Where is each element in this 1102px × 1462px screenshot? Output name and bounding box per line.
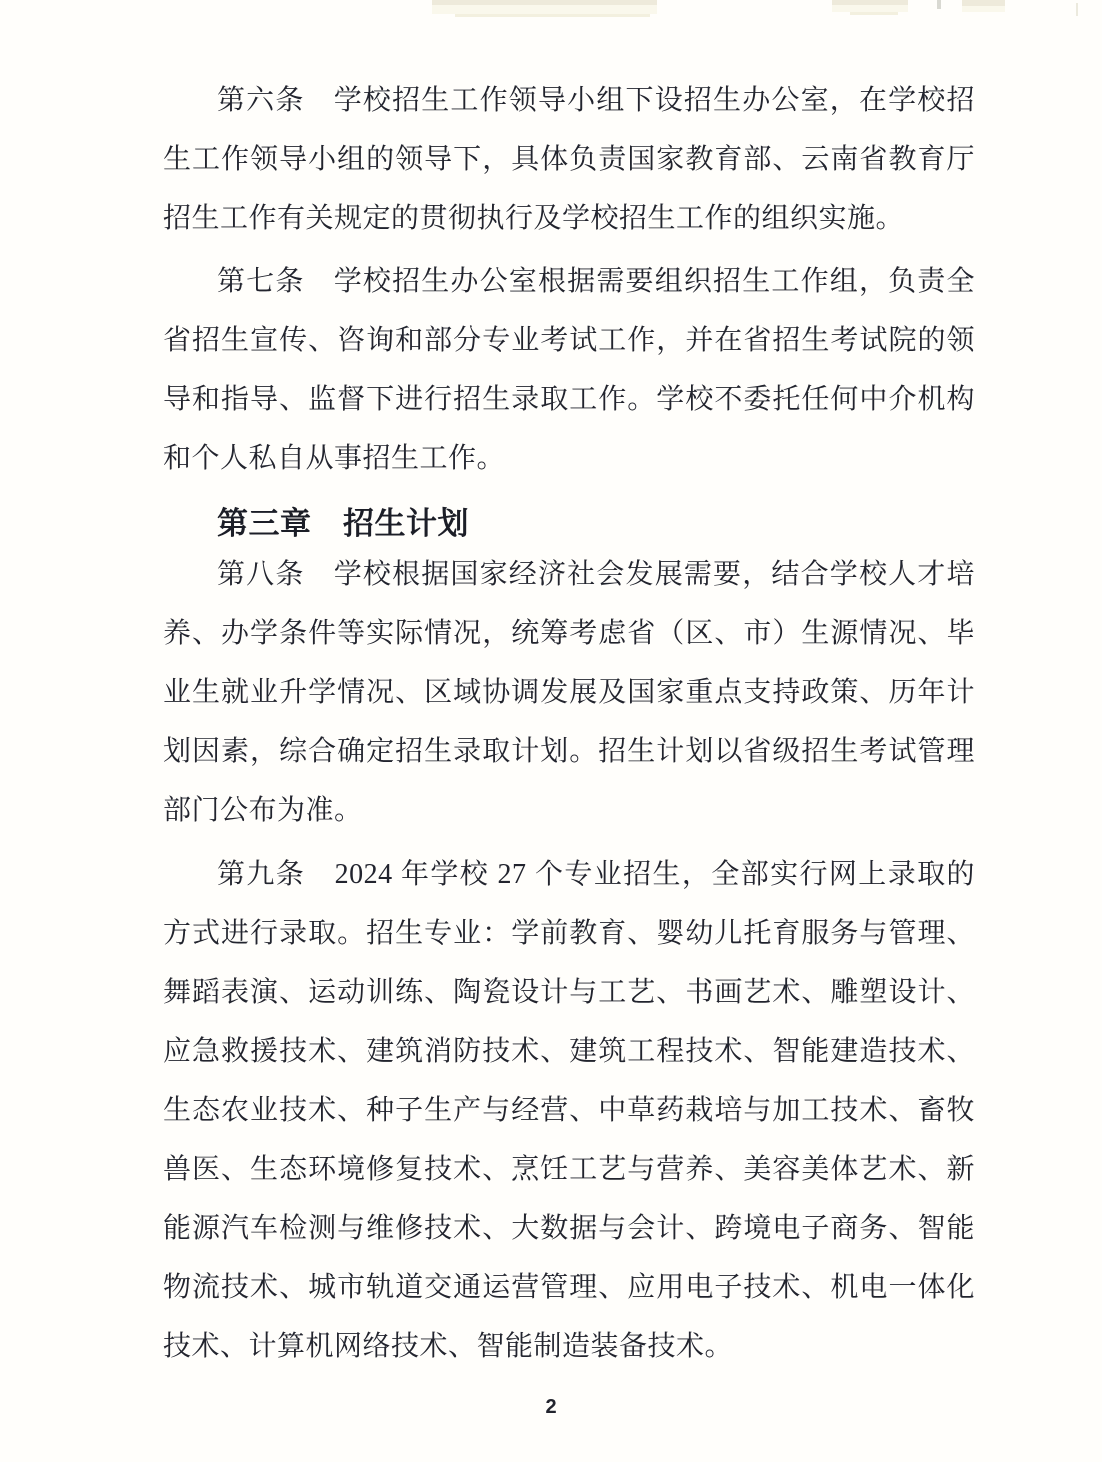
scan-artifact-toolbar-ghost: [962, 0, 1005, 6]
scan-artifact-toolbar-ghost: [832, 0, 908, 5]
text-line: 招生工作有关规定的贯彻执行及学校招生工作的组织实施。: [163, 189, 975, 248]
scan-artifact-line: [1076, 3, 1078, 16]
text-line: 生工作领导小组的领导下，具体负责国家教育部、云南省教育厅: [163, 130, 975, 189]
text-line: 和个人私自从事招生工作。: [163, 429, 975, 488]
text-line: 第七条 学校招生办公室根据需要组织招生工作组，负责全: [163, 252, 975, 311]
text-line: 物流技术、城市轨道交通运营管理、应用电子技术、机电一体化: [163, 1258, 975, 1317]
scan-artifact-toolbar-ghost: [832, 5, 908, 12]
text-line: 划因素，综合确定招生录取计划。招生计划以省级招生考试管理: [163, 722, 975, 781]
paragraph: 第七条 学校招生办公室根据需要组织招生工作组，负责全省招生宣传、咨询和部分专业考…: [163, 252, 975, 488]
text-line: 部门公布为准。: [163, 781, 975, 840]
text-line: 技术、计算机网络技术、智能制造装备技术。: [163, 1317, 975, 1376]
document-page: 第六条 学校招生工作领导小组下设招生办公室，在学校招生工作领导小组的领导下，具体…: [0, 0, 1102, 1462]
scan-artifact-toolbar-ghost: [455, 14, 650, 17]
text-line: 生态农业技术、种子生产与经营、中草药栽培与加工技术、畜牧: [163, 1081, 975, 1140]
paragraph: 第九条 2024 年学校 27 个专业招生，全部实行网上录取的方式进行录取。招生…: [163, 845, 975, 1376]
text-line: 第九条 2024 年学校 27 个专业招生，全部实行网上录取的: [163, 845, 975, 904]
text-line: 导和指导、监督下进行招生录取工作。学校不委托任何中介机构: [163, 370, 975, 429]
page-number: 2: [0, 1396, 1102, 1419]
text-line: 第八条 学校根据国家经济社会发展需要，结合学校人才培: [163, 545, 975, 604]
document-body: 第六条 学校招生工作领导小组下设招生办公室，在学校招生工作领导小组的领导下，具体…: [163, 71, 975, 1376]
paragraph: 第八条 学校根据国家经济社会发展需要，结合学校人才培养、办学条件等实际情况，统筹…: [163, 545, 975, 840]
text-line: 能源汽车检测与维修技术、大数据与会计、跨境电子商务、智能: [163, 1199, 975, 1258]
scan-artifact-toolbar-ghost: [962, 6, 1005, 12]
text-line: 养、办学条件等实际情况，统筹考虑省（区、市）生源情况、毕: [163, 604, 975, 663]
text-line: 第六条 学校招生工作领导小组下设招生办公室，在学校招: [163, 71, 975, 130]
text-line: 业生就业升学情况、区域协调发展及国家重点支持政策、历年计: [163, 663, 975, 722]
text-line: 舞蹈表演、运动训练、陶瓷设计与工艺、书画艺术、雕塑设计、: [163, 963, 975, 1022]
paragraph: 第六条 学校招生工作领导小组下设招生办公室，在学校招生工作领导小组的领导下，具体…: [163, 71, 975, 248]
scan-artifact-toolbar-ghost: [432, 5, 657, 14]
text-line: 省招生宣传、咨询和部分专业考试工作，并在省招生考试院的领: [163, 311, 975, 370]
text-line: 方式进行录取。招生专业：学前教育、婴幼儿托育服务与管理、: [163, 904, 975, 963]
scan-artifact-toolbar-ghost: [850, 12, 898, 15]
text-line: 兽医、生态环境修复技术、烹饪工艺与营养、美容美体艺术、新: [163, 1140, 975, 1199]
scan-artifact-tick: [937, 0, 941, 9]
text-line: 应急救援技术、建筑消防技术、建筑工程技术、智能建造技术、: [163, 1022, 975, 1081]
scan-artifact-toolbar-ghost: [432, 0, 657, 5]
